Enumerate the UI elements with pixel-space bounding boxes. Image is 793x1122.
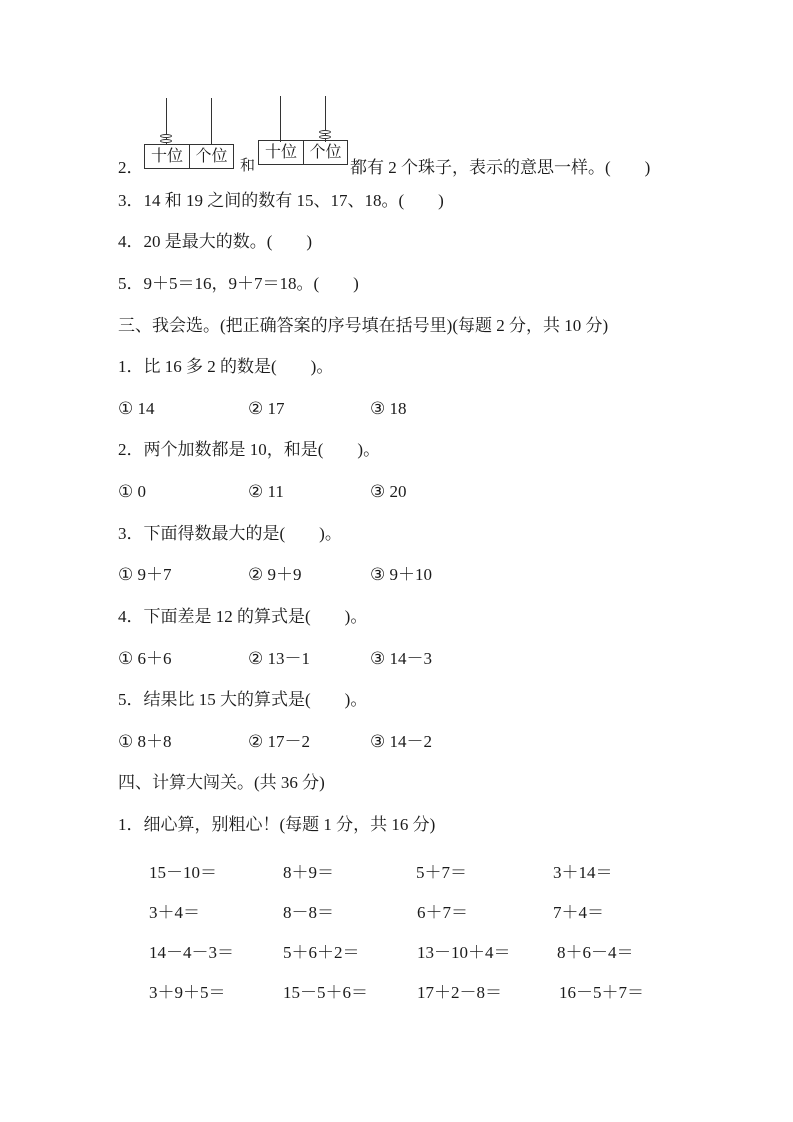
choice-question-4: 4．下面差是 12 的算式是( )。 <box>118 607 367 627</box>
choice-option: ③ 20 <box>370 482 407 502</box>
calc-item: 3＋14＝ <box>553 863 613 883</box>
choice-option: ① 14 <box>118 399 155 419</box>
choice-option: ③ 14－3 <box>370 649 432 669</box>
abacus-bead <box>160 134 172 138</box>
choice-option: ① 6＋6 <box>118 649 172 669</box>
calc-item: 17＋2－8＝ <box>417 983 502 1003</box>
calc-item: 16－5＋7＝ <box>559 983 644 1003</box>
section-four-heading: 四、计算大闯关。(共 36 分) <box>118 773 325 793</box>
calc-item: 15－10＝ <box>149 863 217 883</box>
choice-question-3: 3．下面得数最大的是( )。 <box>118 524 342 544</box>
choice-question-2: 2．两个加数都是 10，和是( )。 <box>118 440 380 460</box>
calc-item: 3＋4＝ <box>149 903 200 923</box>
calc-item: 8＋9＝ <box>283 863 334 883</box>
question-3-true-false: 3．14 和 19 之间的数有 15、17、18。( ) <box>118 191 444 211</box>
calc-item: 13－10＋4＝ <box>417 943 511 963</box>
calc-item: 8－8＝ <box>283 903 334 923</box>
abacus-left: 十位 个位 <box>144 98 234 170</box>
abacus-bead <box>160 139 172 143</box>
abacus-rod-ones <box>211 98 212 144</box>
question-text: 都有 2 个珠子，表示的意思一样。( ) <box>350 158 650 178</box>
choice-option: ① 9＋7 <box>118 565 172 585</box>
abacus-rod-tens <box>280 96 281 142</box>
place-label-tens: 十位 <box>145 145 189 168</box>
question-5-true-false: 5．9＋5＝16，9＋7＝18。( ) <box>118 274 359 294</box>
place-label-tens: 十位 <box>259 141 303 164</box>
choice-option: ① 8＋8 <box>118 732 172 752</box>
abacus-place-box: 十位 个位 <box>258 140 348 165</box>
choice-option: ② 11 <box>248 482 284 502</box>
calc-item: 6＋7＝ <box>417 903 468 923</box>
abacus-bead <box>319 135 331 139</box>
choice-option: ② 9＋9 <box>248 565 302 585</box>
choice-option: ① 0 <box>118 482 146 502</box>
calc-item: 8＋6－4＝ <box>557 943 634 963</box>
abacus-place-box: 十位 个位 <box>144 144 234 169</box>
calc-item: 3＋9＋5＝ <box>149 983 226 1003</box>
choice-option: ③ 9＋10 <box>370 565 432 585</box>
choice-question-1: 1．比 16 多 2 的数是( )。 <box>118 357 333 377</box>
place-label-ones: 个位 <box>303 141 347 164</box>
choice-option: ③ 14－2 <box>370 732 432 752</box>
choice-option: ② 17 <box>248 399 285 419</box>
calc-item: 5＋7＝ <box>416 863 467 883</box>
abacus-right: 十位 个位 <box>258 96 348 168</box>
question-4-true-false: 4．20 是最大的数。( ) <box>118 232 312 252</box>
calc-item: 14－4－3＝ <box>149 943 234 963</box>
place-label-ones: 个位 <box>189 145 233 168</box>
choice-option: ② 13－1 <box>248 649 310 669</box>
choice-option: ② 17－2 <box>248 732 310 752</box>
choice-question-5: 5．结果比 15 大的算式是( )。 <box>118 690 367 710</box>
abacus-bead <box>319 130 331 134</box>
section-three-heading: 三、我会选。(把正确答案的序号填在括号里)(每题 2 分，共 10 分) <box>118 316 608 336</box>
calc-sub-heading: 1．细心算，别粗心！(每题 1 分，共 16 分) <box>118 815 435 835</box>
connector-text: 和 <box>240 156 255 176</box>
calc-item: 7＋4＝ <box>553 903 604 923</box>
calc-item: 15－5＋6＝ <box>283 983 368 1003</box>
choice-option: ③ 18 <box>370 399 407 419</box>
calc-item: 5＋6＋2＝ <box>283 943 360 963</box>
question-number: 2． <box>118 158 144 178</box>
